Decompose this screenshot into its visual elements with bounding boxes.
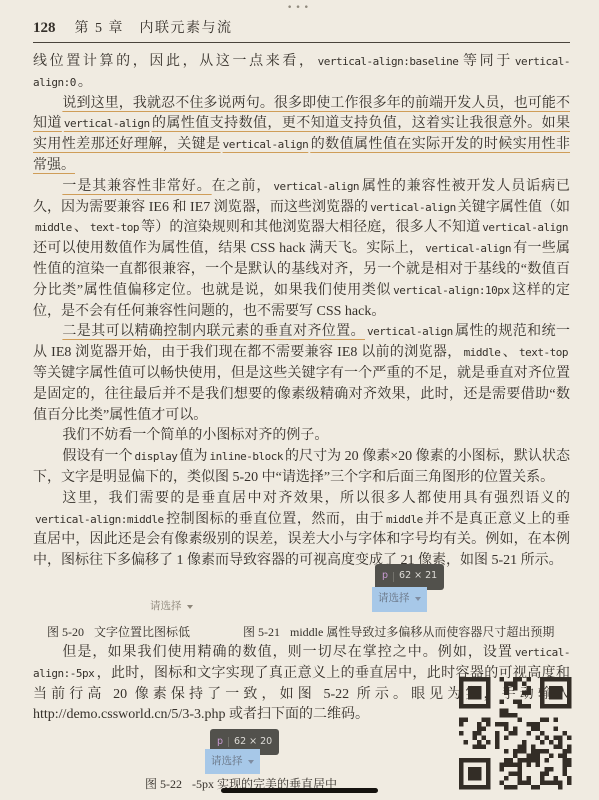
figure-5-20-demo: 请选择 <box>150 596 193 617</box>
page-number: 128 <box>33 20 56 37</box>
paragraph: 说到这里，我就忍不住多说两句。很多即使工作很多年的前端开发人员，也可能不知道ve… <box>33 94 570 177</box>
paragraph: 我们不妨看一个简单的小图标对齐的例子。 <box>33 426 570 447</box>
figure-5-22-highlighted-element: 请选择 <box>205 749 260 774</box>
caret-down-icon <box>187 605 193 609</box>
home-indicator-handle[interactable] <box>221 788 378 793</box>
figure-number: 图 5-22 <box>145 777 182 791</box>
paragraph: 一是其兼容性非常好。在之前，vertical-align属性的兼容性被开发人员诟… <box>33 177 570 323</box>
figure-number: 图 5-20 <box>47 625 84 639</box>
tooltip-divider <box>393 572 394 582</box>
paragraph: 这里，我们需要的是垂直居中对齐效果，所以很多人都使用具有强烈语义的vertica… <box>33 489 570 572</box>
caret-down-icon <box>248 760 254 764</box>
figure-5-21-caption: 图 5-21middle 属性导致过多偏移从而使容器尺寸超出预期 <box>243 622 554 643</box>
figure-number: 图 5-21 <box>243 625 280 639</box>
select-label: 请选择 <box>150 596 182 617</box>
paragraph: 线位置计算的，因此，从这一点来看，vertical-align:baseline… <box>33 52 570 94</box>
figure-caption-text: middle 属性导致过多偏移从而使容器尺寸超出预期 <box>290 625 554 639</box>
element-tag: p <box>382 566 388 587</box>
more-dots-icon: ••• <box>0 0 599 15</box>
figure-5-21-highlighted-element: 请选择 <box>372 587 427 612</box>
tooltip-divider <box>228 737 229 747</box>
figure-captions-row: 图 5-20文字位置比图标低 图 5-21middle 属性导致过多偏移从而使容… <box>33 620 570 643</box>
paragraph: 假设有一个display值为inline-block的尺寸为 20 像素×20 … <box>33 447 570 489</box>
figure-demos-row: 请选择 p 62 × 21 请选择 <box>33 572 570 620</box>
caret-down-icon <box>415 597 421 601</box>
figure-5-20-caption: 图 5-20文字位置比图标低 <box>47 622 190 643</box>
paragraph: 二是其可以精确控制内联元素的垂直对齐位置。vertical-align属性的规范… <box>33 322 570 426</box>
select-label: 请选择 <box>378 588 410 609</box>
figure-caption-text: 文字位置比图标低 <box>94 625 190 639</box>
chapter-title: 第 5 章 内联元素与流 <box>75 17 233 37</box>
running-header: 128 第 5 章 内联元素与流 <box>33 15 570 43</box>
select-label: 请选择 <box>211 751 243 772</box>
element-size: 62 × 21 <box>399 566 437 587</box>
ebook-page: ••• 128 第 5 章 内联元素与流 线位置计算的，因此，从这一点来看，ve… <box>0 0 599 800</box>
qr-code <box>459 677 572 790</box>
